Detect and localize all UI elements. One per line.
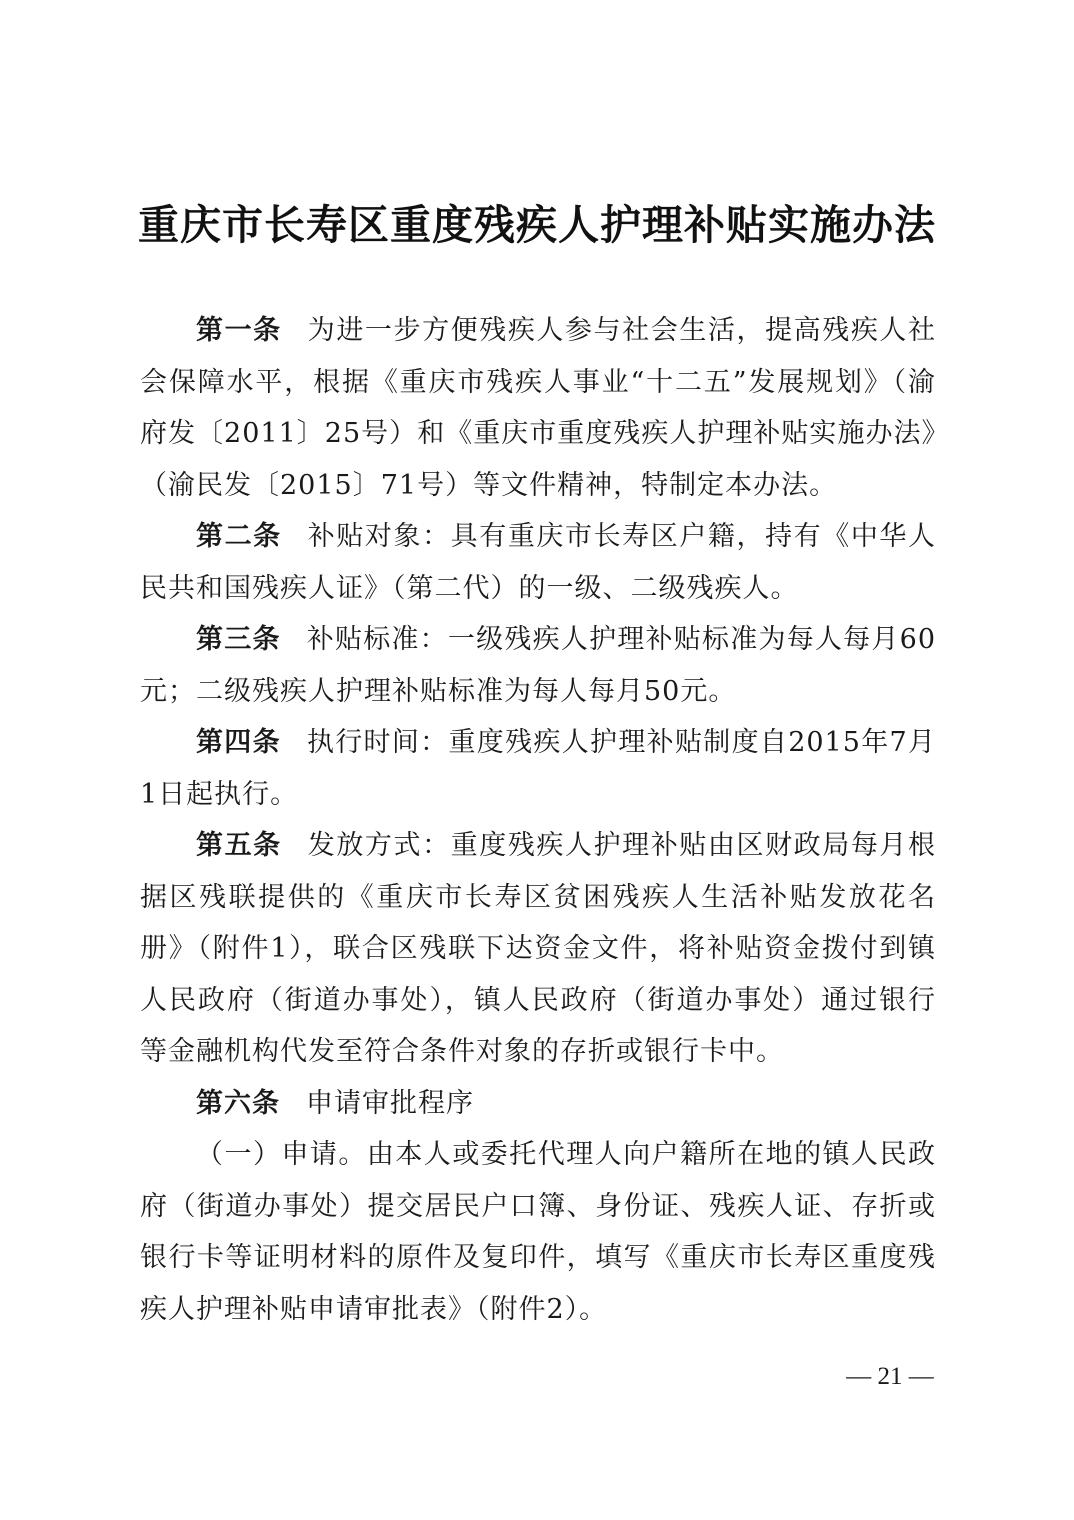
sub-clause-1: （一）申请。由本人或委托代理人向户籍所在地的镇人民政府（街道办事处）提交居民户口… [140,1129,936,1335]
article-heading: 第六条 [196,1088,280,1119]
article-heading: 第四条 [196,727,281,758]
article-heading: 第五条 [196,830,282,861]
article-3: 第三条补贴标准：一级残疾人护理补贴标准为每人每月60元；二级残疾人护理补贴标准为… [140,614,936,717]
document-body: 第一条为进一步方便残疾人参与社会生活，提高残疾人社会保障水平，根据《重庆市残疾人… [140,305,936,1335]
document-title: 重庆市长寿区重度残疾人护理补贴实施办法 [0,192,1074,251]
article-2: 第二条补贴对象：具有重庆市长寿区户籍，持有《中华人民共和国残疾人证》（第二代）的… [140,511,936,614]
article-text: 发放方式：重度残疾人护理补贴由区财政局每月根据区残联提供的《重庆市长寿区贫困残疾… [140,830,936,1067]
article-4: 第四条执行时间：重度残疾人护理补贴制度自2015年7月1日起执行。 [140,717,936,820]
article-heading: 第二条 [196,521,282,552]
page-number: — 21 — [840,1363,940,1391]
article-text: 申请审批程序 [306,1088,474,1119]
article-heading: 第三条 [196,624,281,655]
article-1: 第一条为进一步方便残疾人参与社会生活，提高残疾人社会保障水平，根据《重庆市残疾人… [140,305,936,511]
article-6: 第六条申请审批程序 [140,1078,936,1130]
article-5: 第五条发放方式：重度残疾人护理补贴由区财政局每月根据区残联提供的《重庆市长寿区贫… [140,820,936,1078]
article-heading: 第一条 [196,315,282,346]
